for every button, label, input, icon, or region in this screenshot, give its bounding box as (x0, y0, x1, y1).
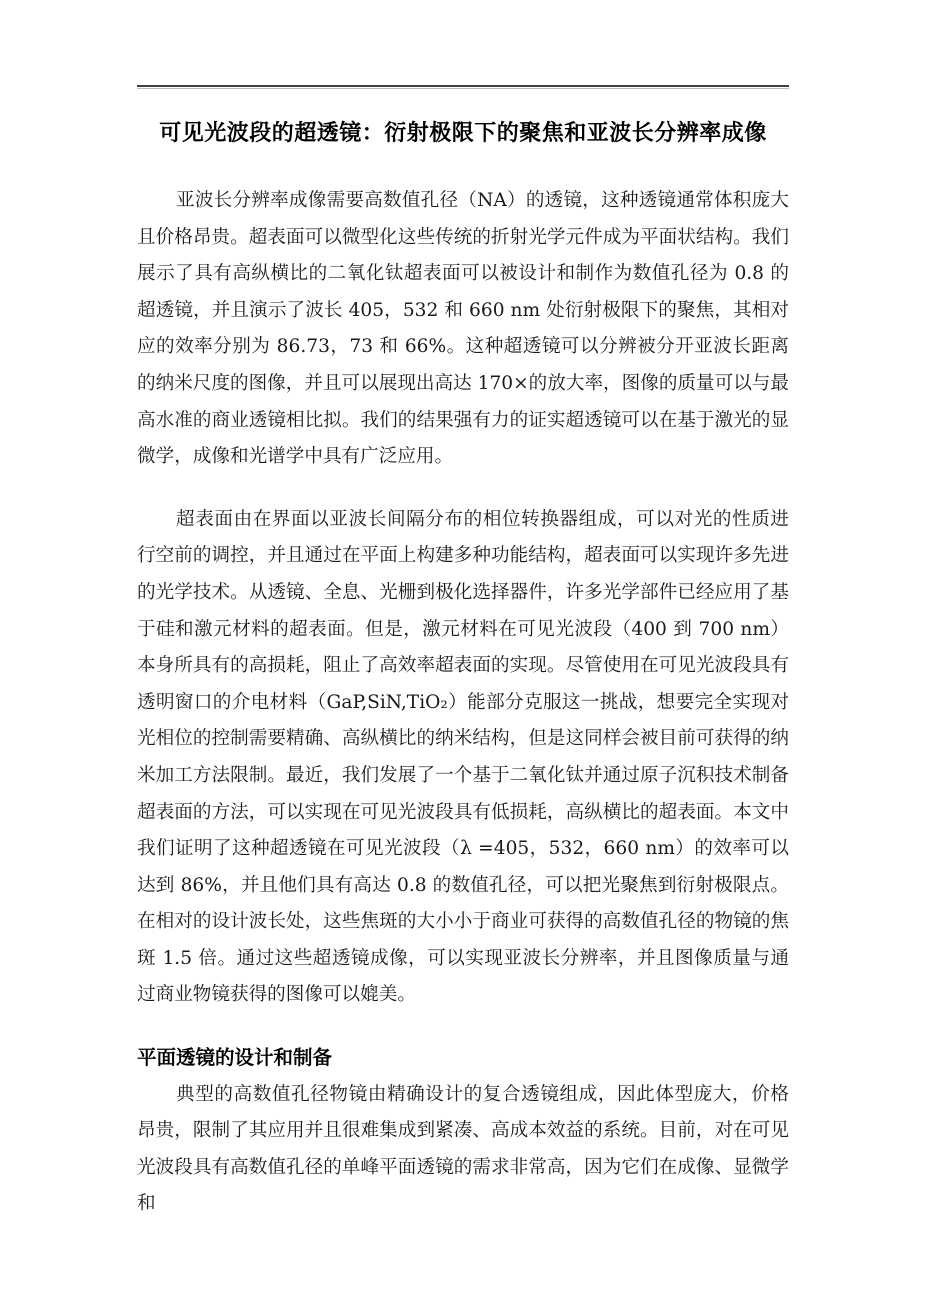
document-title: 可见光波段的超透镜：衍射极限下的聚焦和亚波长分辨率成像 (137, 112, 789, 156)
abstract-paragraph-1: 亚波长分辨率成像需要高数值孔径（NA）的透镜，这种透镜通常体积庞大且价格昂贵。超… (137, 183, 789, 476)
header-rule (137, 85, 789, 89)
section-heading-design-fabrication: 平面透镜的设计和制备 (137, 1040, 789, 1077)
abstract-paragraph-2: 超表面由在界面以亚波长间隔分布的相位转换器组成，可以对光的性质进行空前的调控，并… (137, 502, 789, 1014)
document-body: 亚波长分辨率成像需要高数值孔径（NA）的透镜，这种透镜通常体积庞大且价格昂贵。超… (137, 183, 789, 1223)
document-page: 可见光波段的超透镜：衍射极限下的聚焦和亚波长分辨率成像 亚波长分辨率成像需要高数… (0, 0, 926, 1309)
section-paragraph-1: 典型的高数值孔径物镜由精确设计的复合透镜组成，因此体型庞大，价格昂贵，限制了其应… (137, 1077, 789, 1223)
